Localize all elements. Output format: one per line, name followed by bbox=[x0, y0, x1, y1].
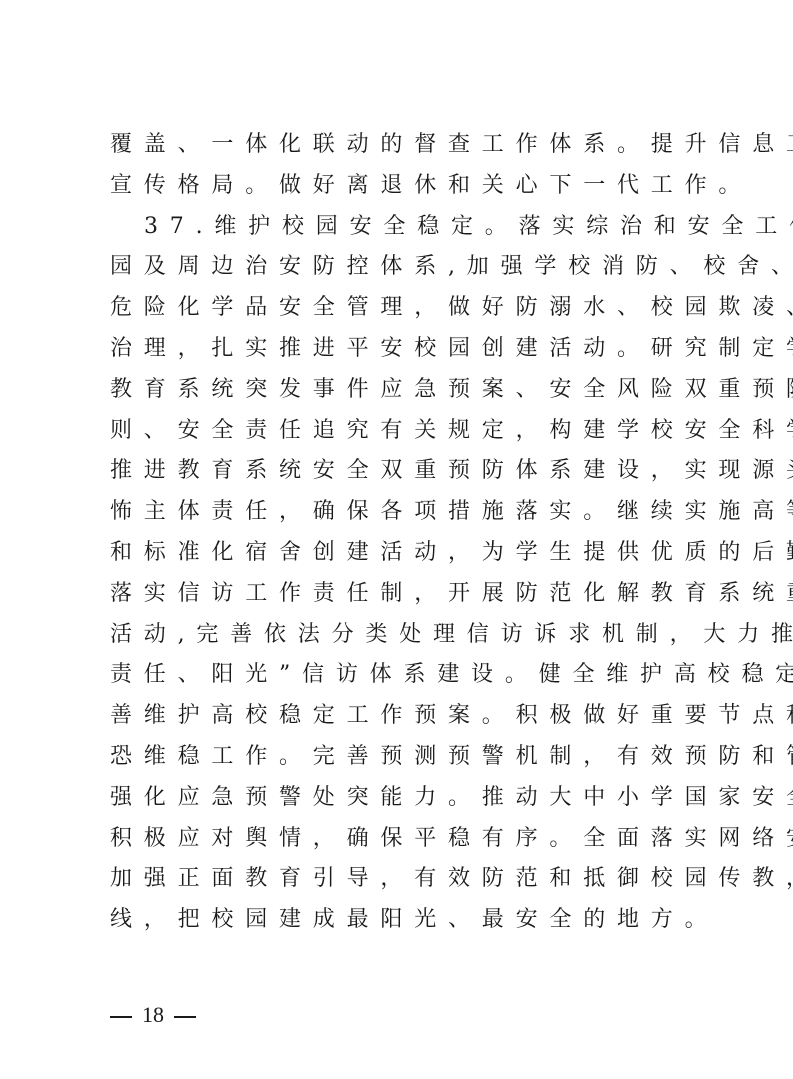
text-line: 怖主体责任，确保各项措施落实。继续实施高等学校标准化食堂 bbox=[110, 492, 710, 533]
text-line: 推进教育系统安全双重预防体系建设，实现源头治理。落实反恐 bbox=[110, 451, 710, 492]
text-line: 积极应对舆情，确保平稳有序。全面落实网络安全等级保护制度。 bbox=[110, 819, 710, 860]
page-number-value: 18 bbox=[142, 1000, 164, 1030]
dash-right bbox=[174, 1016, 196, 1018]
text-line: 治理，扎实推进平安校园创建活动。研究制定学校安全管理标准、 bbox=[110, 329, 710, 370]
text-line: 37.维护校园安全稳定。落实综治和安全工作责任制，完善校 bbox=[110, 207, 710, 248]
page-number: 18 bbox=[110, 1000, 196, 1030]
text-line: 善维护高校稳定工作预案。积极做好重要节点和重要敏感时期反 bbox=[110, 696, 710, 737]
text-line: 责任、阳光”信访体系建设。健全维护高校稳定的体制机制，完 bbox=[110, 655, 710, 696]
body-text: 覆盖、一体化联动的督查工作体系。提升信息工作水平，构建大 宣传格局。做好离退休和… bbox=[110, 125, 710, 941]
text-line: 则、安全责任追究有关规定，构建学校安全科学管理体系。扎实 bbox=[110, 411, 710, 452]
text-line: 恐维稳工作。完善预测预警机制，有效预防和管控各类风险隐患， bbox=[110, 737, 710, 778]
text-line: 覆盖、一体化联动的督查工作体系。提升信息工作水平，构建大 bbox=[110, 125, 710, 166]
dash-left bbox=[110, 1016, 132, 1018]
text-line: 活动,完善依法分类处理信访诉求机制，大力推进“法治、人文、 bbox=[110, 615, 710, 656]
text-line: 加强正面教育引导，有效防范和抵御校园传教，守好政治安全底 bbox=[110, 859, 710, 900]
text-line: 危险化学品安全管理，做好防溺水、校园欺凌、电气火灾等专项 bbox=[110, 288, 710, 329]
text-line: 教育系统突发事件应急预案、安全风险双重预防体系建设实施细 bbox=[110, 370, 710, 411]
text-line: 园及周边治安防控体系,加强学校消防、校舍、校车、食品卫生、 bbox=[110, 247, 710, 288]
document-page: 覆盖、一体化联动的督查工作体系。提升信息工作水平，构建大 宣传格局。做好离退休和… bbox=[0, 0, 793, 1079]
text-line: 线，把校园建成最阳光、最安全的地方。 bbox=[110, 900, 710, 941]
text-line: 强化应急预警处突能力。推动大中小学国家安全教育、禁毒教育。 bbox=[110, 778, 710, 819]
text-line: 落实信访工作责任制，开展防范化解教育系统重大风险攻坚专项 bbox=[110, 574, 710, 615]
text-line: 和标准化宿舍创建活动，为学生提供优质的后勤保障。深化全面 bbox=[110, 533, 710, 574]
text-line: 宣传格局。做好离退休和关心下一代工作。 bbox=[110, 166, 710, 207]
